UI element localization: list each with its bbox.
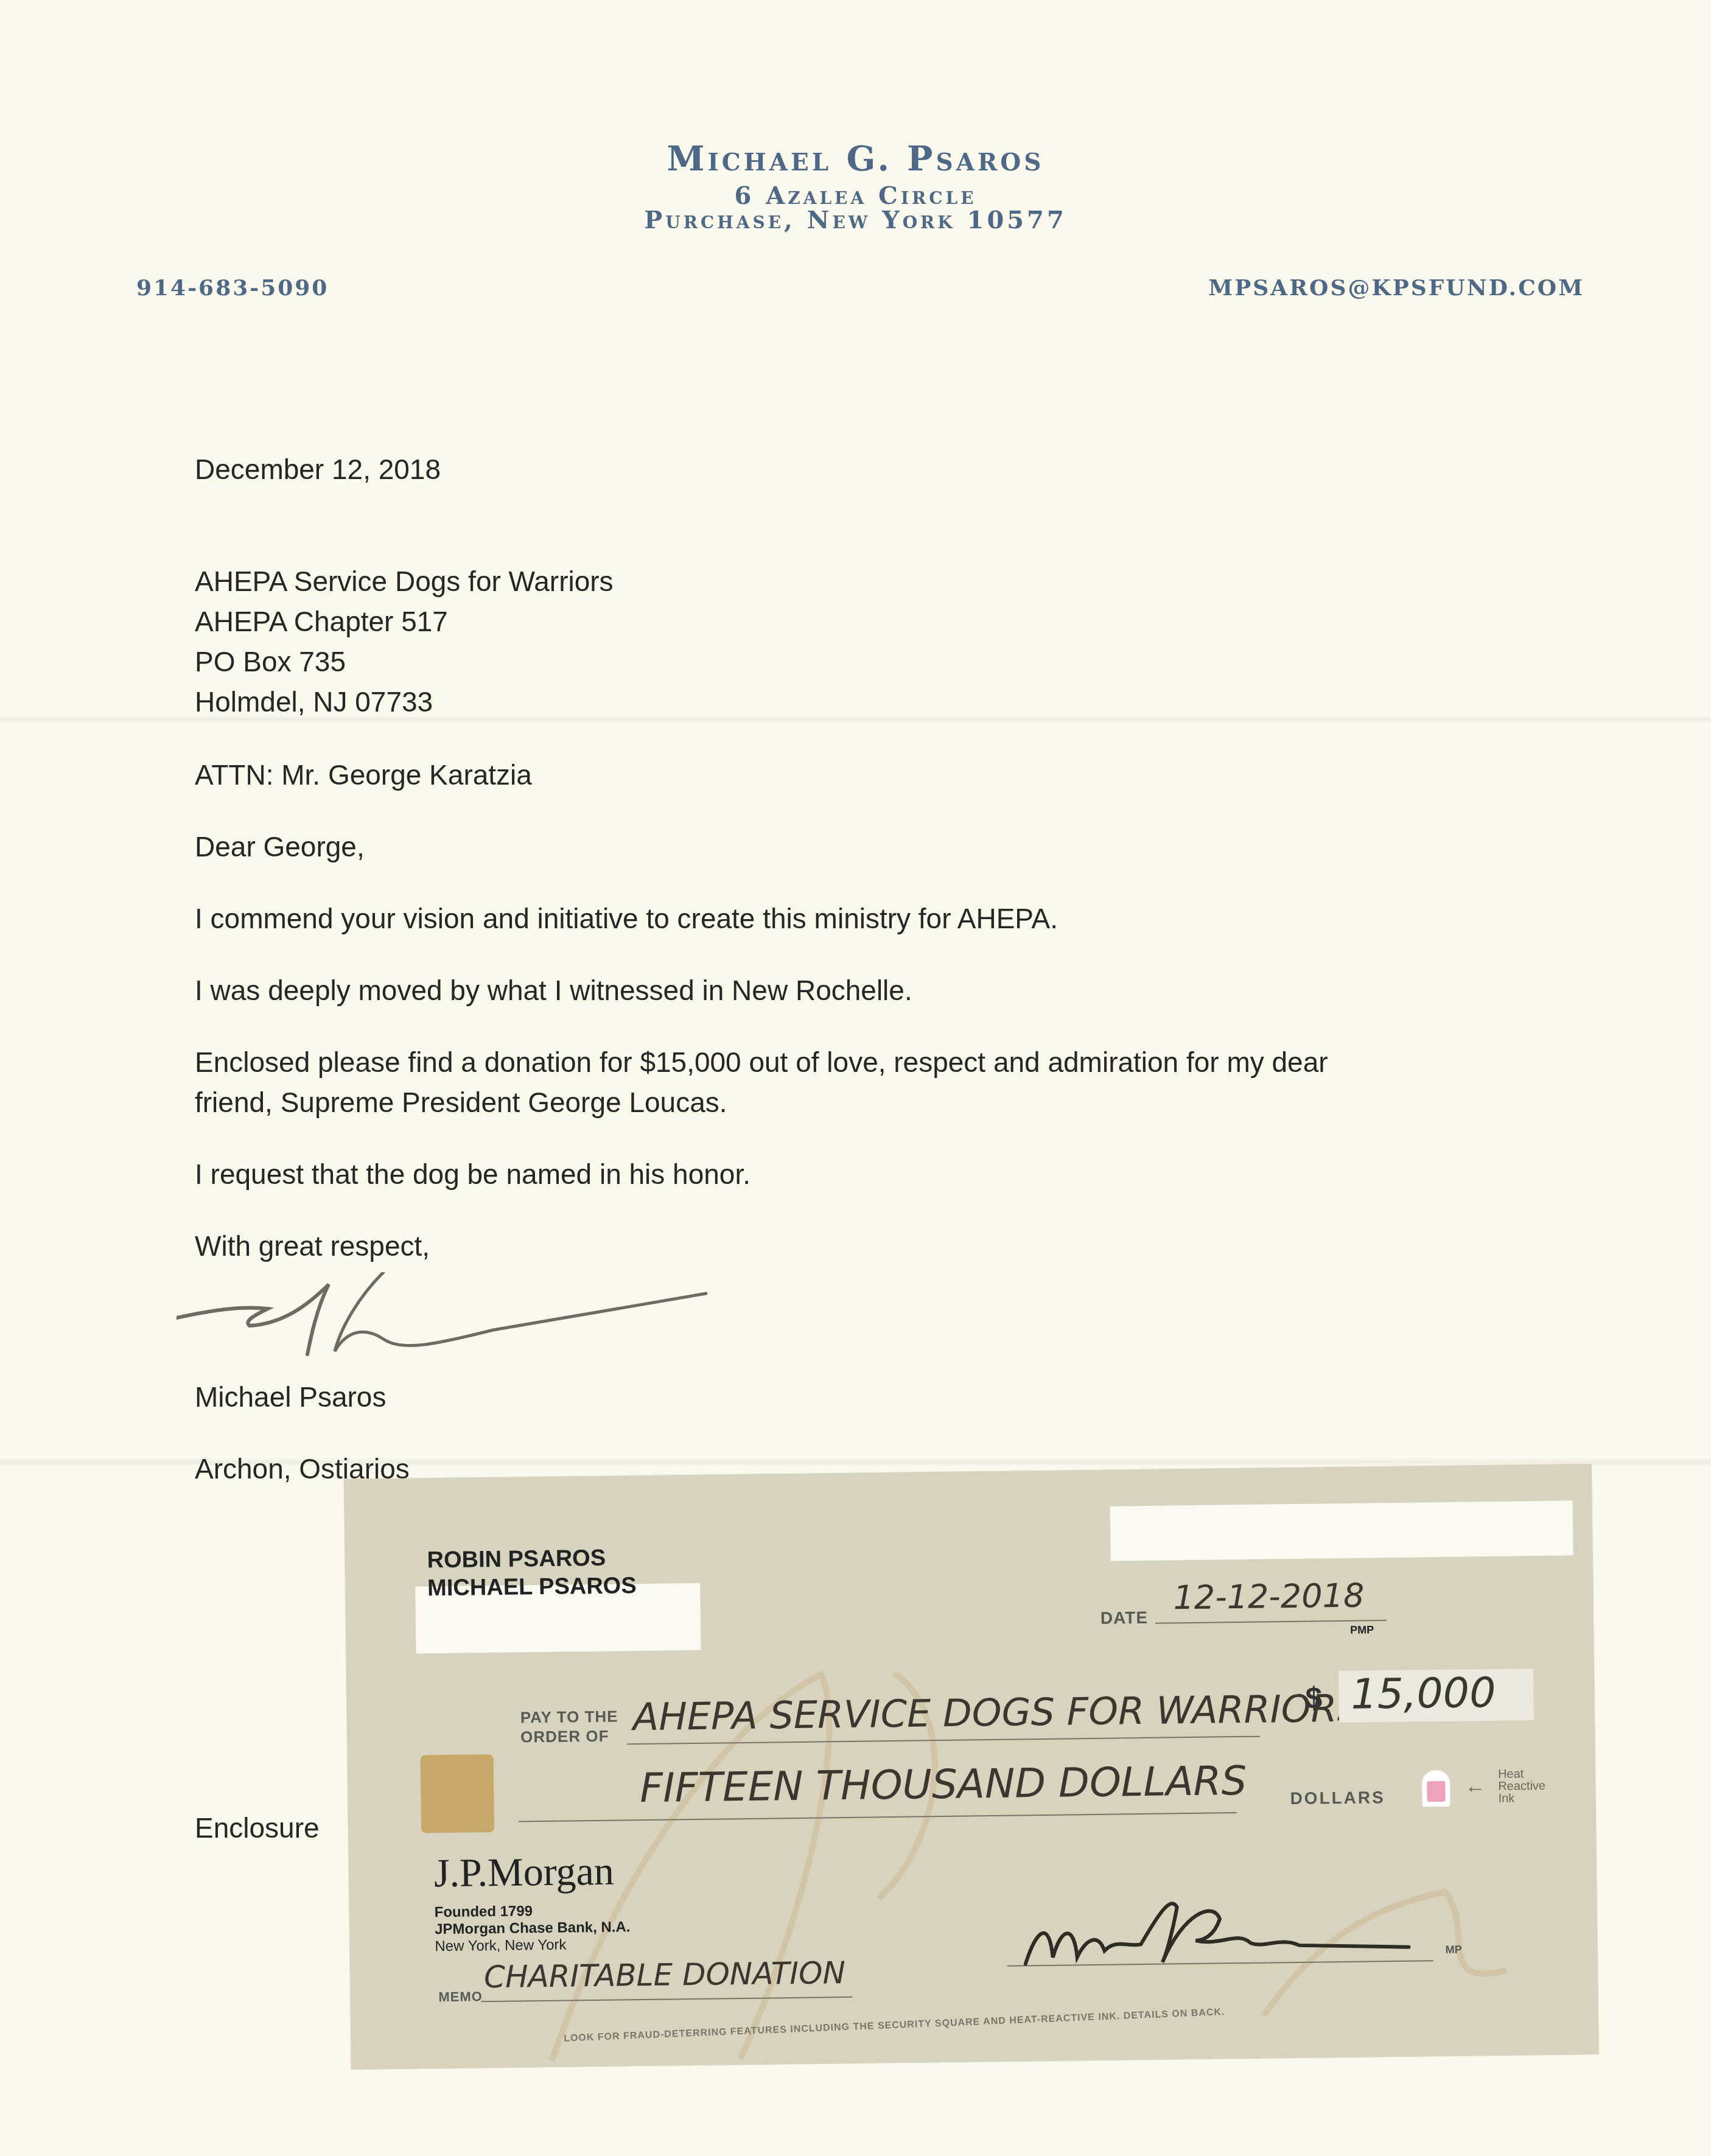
attn-line: ATTN: Mr. George Karatzia [195, 761, 532, 789]
heat-reactive-note: Heat Reactive Ink [1498, 1768, 1553, 1805]
recipient-line: Holmdel, NJ 07733 [195, 688, 433, 716]
lock-icon [1422, 1770, 1450, 1807]
bank-name: JPMorgan Chase Bank, N.A. [435, 1919, 631, 1938]
date-label: DATE [1100, 1608, 1149, 1628]
recipient-line: PO Box 735 [195, 648, 346, 676]
letter-date: December 12, 2018 [195, 455, 441, 483]
bank-city: New York, New York [435, 1937, 566, 1956]
amount-words: FIFTEEN THOUSAND DOLLARS [640, 1757, 1247, 1811]
payee-value: AHEPA SERVICE DOGS FOR WARRIORS [632, 1686, 1361, 1740]
amount-value: 15,000 [1351, 1669, 1496, 1719]
paragraph: friend, Supreme President George Loucas. [195, 1088, 727, 1116]
account-holder: MICHAEL PSAROS [427, 1572, 637, 1602]
paragraph: I request that the dog be named in his h… [195, 1160, 751, 1188]
recipient-line: AHEPA Chapter 517 [195, 607, 448, 635]
enclosed-check: ROBIN PSAROS MICHAEL PSAROS DATE 12-12-2… [344, 1464, 1599, 2070]
dollar-sign: $ [1305, 1680, 1323, 1715]
recipient-line: AHEPA Service Dogs for Warriors [195, 567, 614, 595]
letterhead-name: Michael G. Psaros [0, 139, 1711, 179]
letterhead-city: Purchase, New York 10577 [0, 206, 1711, 234]
handwritten-signature [177, 1272, 724, 1376]
check-signature [1018, 1886, 1415, 1976]
account-holder: ROBIN PSAROS [427, 1544, 606, 1575]
security-chip [421, 1754, 495, 1833]
bank-founded: Founded 1799 [435, 1903, 533, 1921]
pay-to-label: ORDER OF [520, 1727, 609, 1747]
arrow-left-icon: ← [1464, 1774, 1485, 1798]
paragraph: I commend your vision and initiative to … [195, 905, 1058, 933]
signature-initials: MP [1445, 1944, 1461, 1956]
date-initials: PMP [1350, 1623, 1374, 1636]
date-value: 12-12-2018 [1173, 1577, 1365, 1617]
paragraph: Enclosed please find a donation for $15,… [195, 1048, 1328, 1076]
paragraph: I was deeply moved by what I witnessed i… [195, 976, 912, 1004]
letterhead-email: MPSAROS@KPSFUND.COM [1208, 275, 1584, 301]
signer-name: Michael Psaros [195, 1383, 386, 1411]
dollars-label: DOLLARS [1290, 1788, 1385, 1808]
redacted-area [1110, 1500, 1573, 1561]
pay-to-label: PAY TO THE [520, 1707, 618, 1727]
bank-logo: J.P.Morgan [433, 1849, 614, 1897]
enclosure-label: Enclosure [195, 1814, 320, 1842]
closing: With great respect, [195, 1232, 430, 1260]
letterhead-phone: 914-683-5090 [136, 275, 329, 301]
salutation: Dear George, [195, 833, 365, 861]
memo-value: CHARITABLE DONATION [484, 1955, 846, 1995]
memo-label: MEMO [438, 1989, 483, 2005]
